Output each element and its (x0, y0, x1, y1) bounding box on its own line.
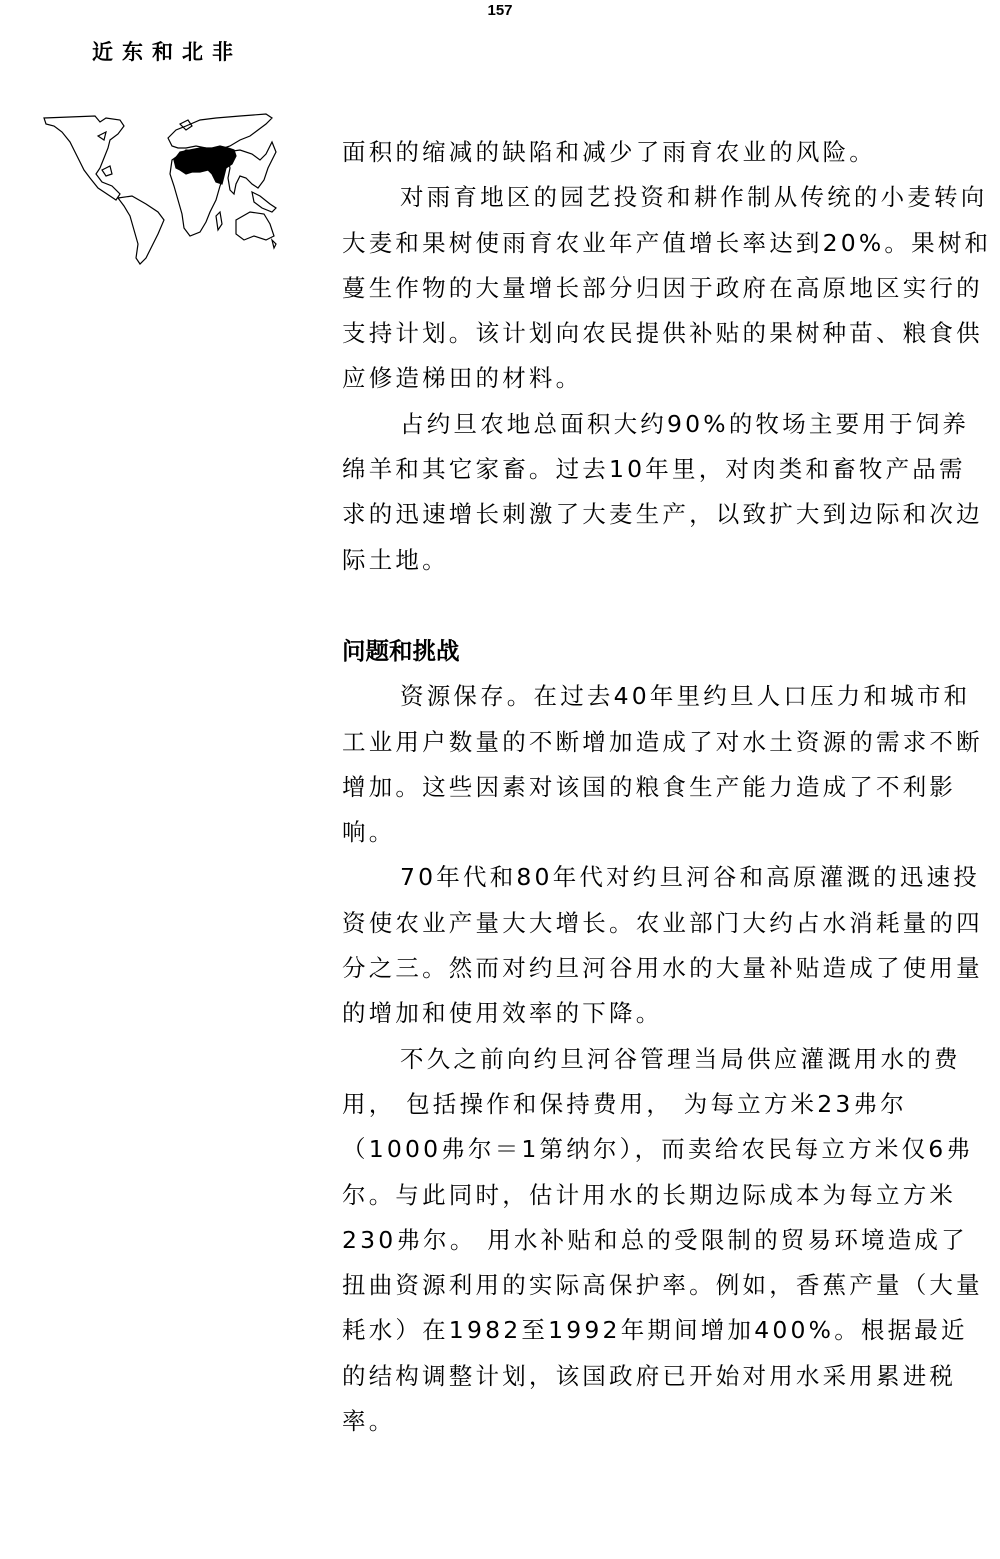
body-text: 面积的缩减的缺陷和减少了雨育农业的风险。 对雨育地区的园艺投资和耕作制从传统的小… (342, 130, 992, 1444)
near-east-north-africa-highlight (174, 146, 236, 184)
paragraph: 面积的缩减的缺陷和减少了雨育农业的风险。 (342, 130, 992, 175)
australia-outline (236, 212, 274, 240)
section-title: 近东和北非 (92, 36, 242, 66)
south-america-outline (118, 196, 164, 264)
paragraph: 对雨育地区的园艺投资和耕作制从传统的小麦转向大麦和果树使雨育农业年产值增长率达到… (342, 175, 992, 401)
page-number: 157 (0, 2, 1000, 19)
world-map-icon (40, 112, 280, 267)
paragraph: 占约旦农地总面积大约90%的牧场主要用于饲养绵羊和其它家畜。过去10年里，对肉类… (342, 402, 992, 583)
paragraph: 不久之前向约旦河谷管理当局供应灌溉用水的费用， 包括操作和保持费用， 为每立方米… (342, 1037, 992, 1445)
paragraph: 70年代和80年代对约旦河谷和高原灌溉的迅速投资使农业产量大大增长。农业部门大约… (342, 855, 992, 1036)
north-america-outline (44, 116, 124, 200)
paragraph: 资源保存。在过去40年里约旦人口压力和城市和工业用户数量的不断增加造成了对水土资… (342, 674, 992, 855)
europe-outline (168, 114, 272, 150)
subsection-heading: 问题和挑战 (342, 629, 992, 674)
